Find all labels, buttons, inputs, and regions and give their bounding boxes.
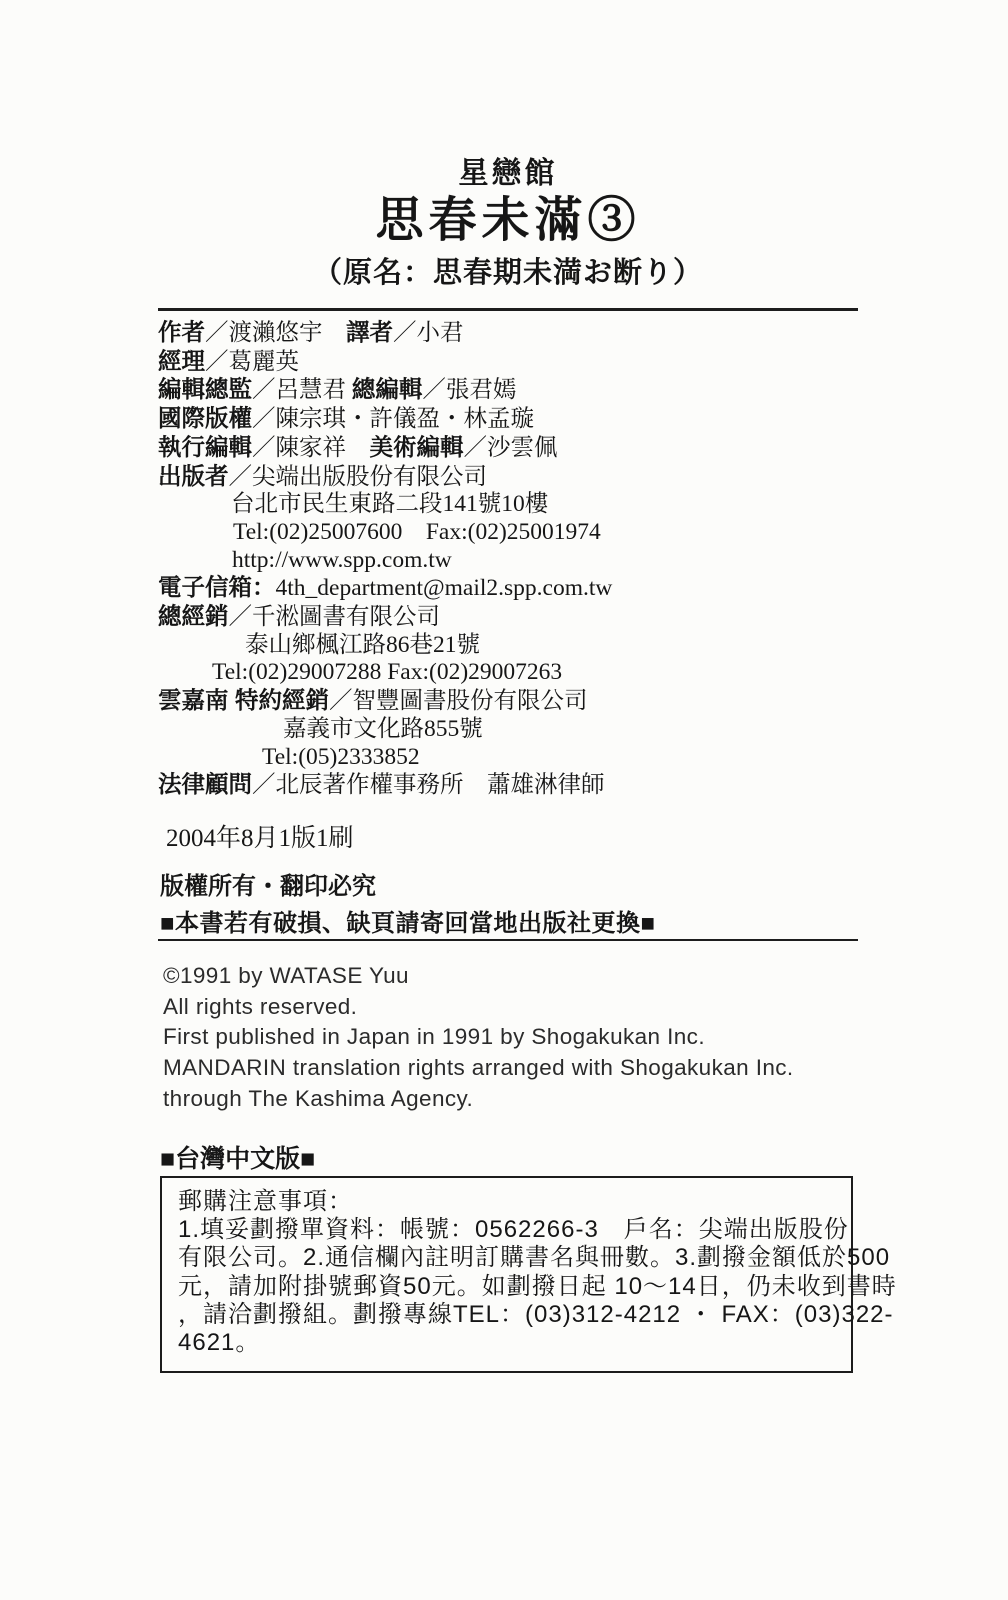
mail-order-heading: 郵購注意事項：	[178, 1188, 835, 1216]
credit-value: ／張君嫣	[422, 377, 516, 403]
colophon-page: 星戀館 思春未滿③ （原名：思春期未満お断り） 作者／渡瀨悠宇 譯者／小君經理／…	[0, 0, 1008, 1600]
credit-line: 嘉義市文化路855號	[158, 716, 612, 744]
credit-value: ／呂慧君	[252, 377, 352, 403]
credit-line: 總經銷／千淞圖書有限公司	[158, 603, 612, 632]
credit-role-label: 編輯總監	[158, 376, 252, 402]
credit-value: ／智豐圖書股份有限公司	[329, 688, 588, 714]
mail-order-line: ，請洽劃撥組。劃撥專線TEL：(03)312-4212 ・ FAX：(03)32…	[178, 1301, 835, 1329]
credit-value: ／陳宗琪・許儀盈・林孟璇	[252, 406, 534, 432]
english-copyright-line: MANDARIN translation rights arranged wit…	[163, 1053, 794, 1084]
credit-role-label: 法律顧問	[158, 771, 252, 797]
credit-role-label: 出版者	[158, 463, 229, 489]
credit-value: http://www.spp.com.tw	[232, 547, 452, 573]
credits-list: 作者／渡瀨悠宇 譯者／小君經理／葛麗英編輯總監／呂慧君 總編輯／張君嫣國際版權／…	[158, 319, 612, 800]
credit-line: 法律顧問／北辰著作權事務所 蕭雄淋律師	[158, 771, 612, 800]
title-block: 星戀館 思春未滿③ （原名：思春期未満お断り）	[158, 156, 858, 290]
credit-line: 台北市民生東路二段141號10樓	[158, 491, 612, 519]
credit-line: Tel:(02)29007288 Fax:(02)29007263	[158, 659, 612, 687]
credit-value	[323, 320, 347, 346]
divider-middle	[158, 939, 858, 941]
original-title: （原名：思春期未満お断り）	[158, 256, 858, 290]
credit-value: Tel:(02)29007288 Fax:(02)29007263	[212, 659, 562, 685]
credit-role-label: 美術編輯	[370, 434, 464, 460]
credit-value: ／小君	[393, 320, 464, 346]
english-copyright-line: ©1991 by WATASE Yuu	[163, 961, 794, 992]
mail-order-line: 4621。	[178, 1329, 835, 1357]
taiwan-edition-label: ■台灣中文版■	[160, 1139, 315, 1175]
credit-value: 泰山鄉楓江路86巷21號	[245, 632, 480, 658]
divider-top	[158, 308, 858, 311]
credit-line: 泰山鄉楓江路86巷21號	[158, 632, 612, 660]
credit-value: ／渡瀨悠宇	[205, 320, 323, 346]
mail-order-box: 郵購注意事項： 1.填妥劃撥單資料：帳號：0562266-3 戶名：尖端出版股份…	[160, 1176, 853, 1373]
credit-value: ／葛麗英	[205, 349, 299, 375]
credit-value	[346, 435, 370, 461]
credit-line: 國際版權／陳宗琪・許儀盈・林孟璇	[158, 405, 612, 434]
english-copyright-block: ©1991 by WATASE YuuAll rights reserved.F…	[163, 961, 794, 1115]
credit-line: 出版者／尖端出版股份有限公司	[158, 463, 612, 492]
credit-value: Tel:(05)2333852	[262, 744, 420, 770]
credit-line: Tel:(02)25007600 Fax:(02)25001974	[158, 519, 612, 547]
credit-line: 作者／渡瀨悠宇 譯者／小君	[158, 319, 612, 348]
credit-line: 編輯總監／呂慧君 總編輯／張君嫣	[158, 376, 612, 405]
credit-line: 電子信箱：4th_department@mail2.spp.com.tw	[158, 574, 612, 603]
credit-value: ／千淞圖書有限公司	[229, 604, 441, 630]
imprint-label: 星戀館	[158, 156, 858, 192]
credit-role-label: 總編輯	[352, 376, 423, 402]
credit-value: ／北辰著作權事務所 蕭雄淋律師	[252, 772, 605, 798]
english-copyright-line: First published in Japan in 1991 by Shog…	[163, 1022, 794, 1053]
damaged-copy-notice: ■本書若有破損、缺頁請寄回當地出版社更換■	[160, 903, 656, 938]
credit-value: 4th_department@mail2.spp.com.tw	[276, 575, 613, 601]
credit-value: ／尖端出版股份有限公司	[229, 464, 488, 490]
credit-role-label: 譯者	[346, 319, 393, 345]
mail-order-line: 1.填妥劃撥單資料：帳號：0562266-3 戶名：尖端出版股份	[178, 1216, 835, 1244]
credit-role-label: 執行編輯	[158, 434, 252, 460]
english-copyright-line: through The Kashima Agency.	[163, 1084, 794, 1115]
credit-role-label: 雲嘉南 特約經銷	[158, 687, 329, 713]
book-title: 思春未滿③	[158, 193, 858, 249]
credit-role-label: 電子信箱：	[158, 574, 276, 600]
credit-value: Tel:(02)25007600 Fax:(02)25001974	[233, 519, 601, 545]
credit-line: Tel:(05)2333852	[158, 744, 612, 772]
credit-value: ／陳家祥	[252, 435, 346, 461]
credit-line: 經理／葛麗英	[158, 348, 612, 377]
rights-reserved-line: 版權所有・翻印必究	[160, 866, 376, 901]
credit-role-label: 總經銷	[158, 603, 229, 629]
credit-line: 雲嘉南 特約經銷／智豐圖書股份有限公司	[158, 687, 612, 716]
credit-role-label: 作者	[158, 319, 205, 345]
credit-role-label: 國際版權	[158, 405, 252, 431]
credit-role-label: 經理	[158, 348, 205, 374]
mail-order-line: 元，請加附掛號郵資50元。如劃撥日起 10～14日，仍未收到書時	[178, 1273, 835, 1301]
mail-order-line: 有限公司。2.通信欄內註明訂購書名與冊數。3.劃撥金額低於500	[178, 1244, 835, 1272]
credit-value: 嘉義市文化路855號	[283, 716, 483, 742]
credit-line: http://www.spp.com.tw	[158, 547, 612, 575]
credit-value: 台北市民生東路二段141號10樓	[231, 491, 548, 517]
credit-value: ／沙雲佩	[464, 435, 558, 461]
credit-line: 執行編輯／陳家祥 美術編輯／沙雲佩	[158, 434, 612, 463]
english-copyright-line: All rights reserved.	[163, 992, 794, 1023]
edition-line: 2004年8月1版1刷	[166, 818, 354, 854]
